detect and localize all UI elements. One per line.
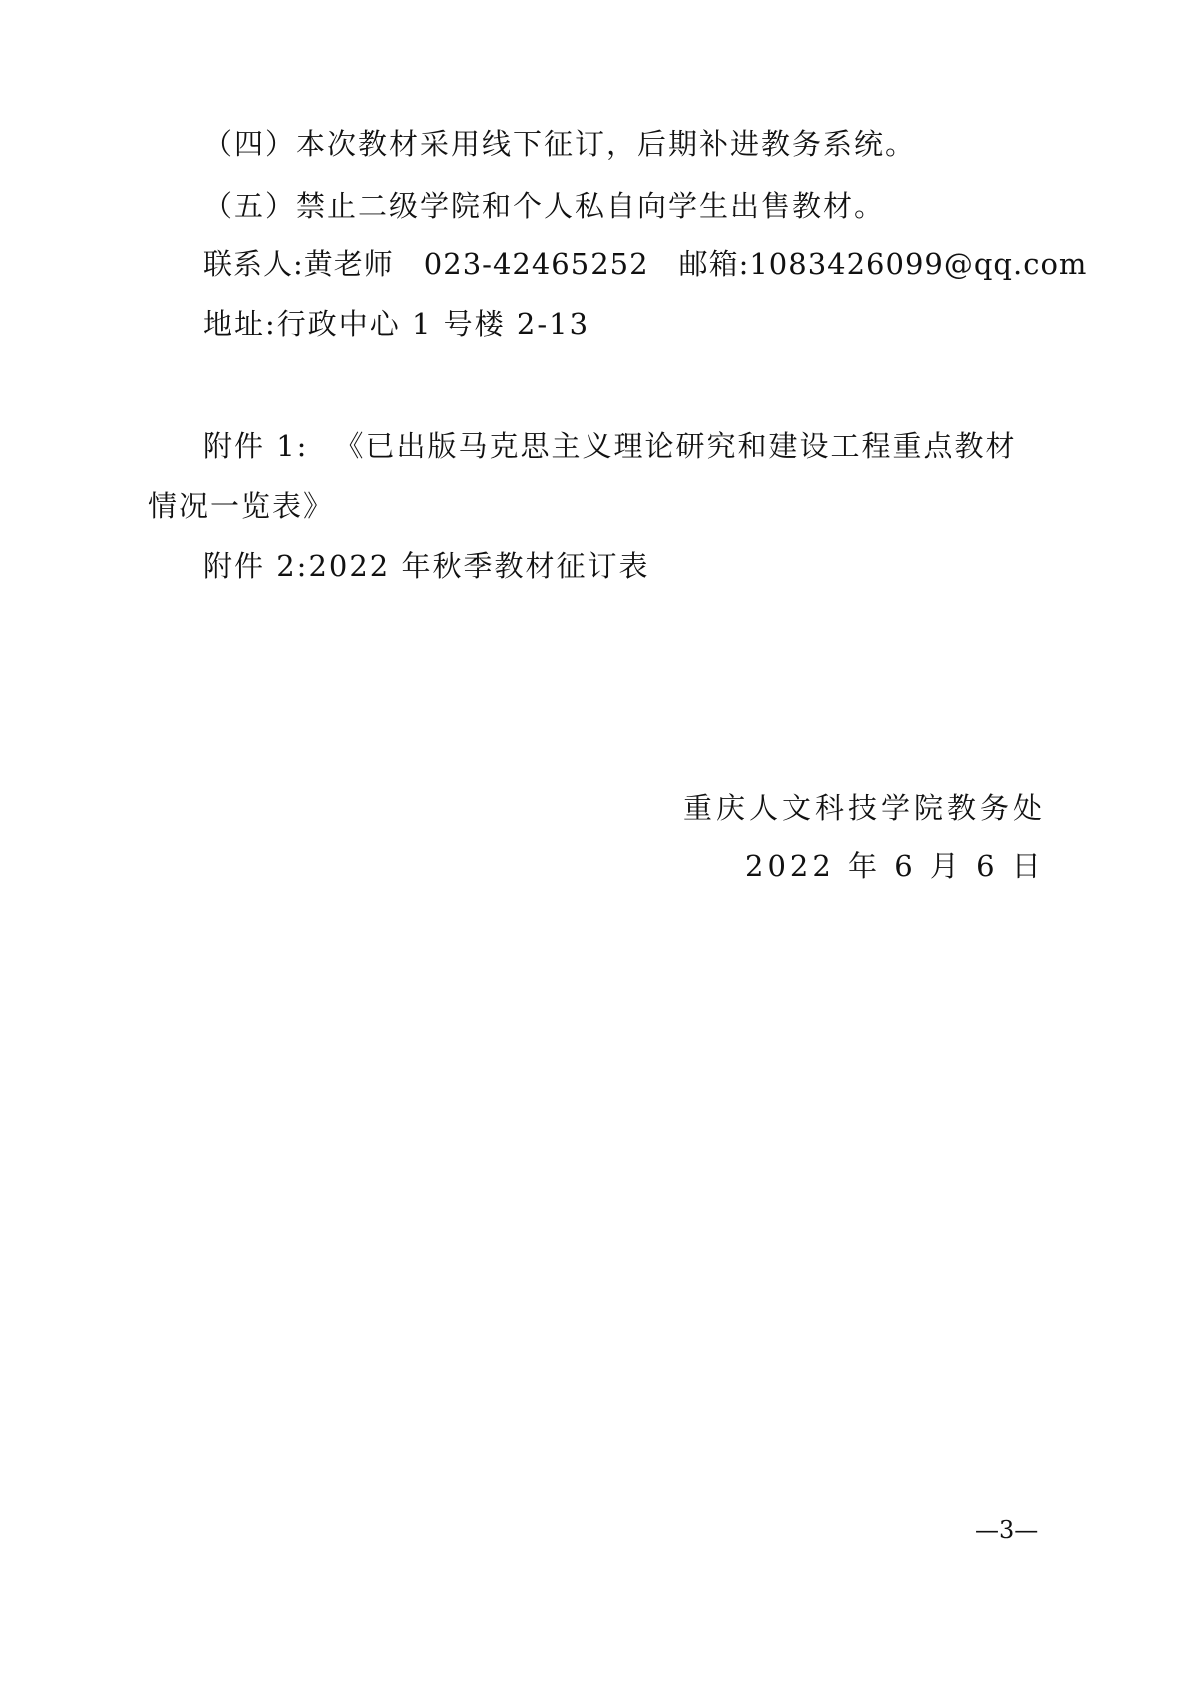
page-number: —3— [975, 1515, 1038, 1545]
contact-label: 联系人: [203, 247, 304, 281]
address-line: 地址:行政中心 1 号楼 2-13 [203, 306, 590, 342]
item-five: （五）禁止二级学院和个人私自向学生出售教材。 [203, 188, 885, 224]
contact-email: 1083426099@qq.com [749, 247, 1087, 281]
attachment-1-title-line2: 情况一览表》 [148, 489, 334, 523]
item-five-marker: （五） [203, 189, 296, 223]
attachment-1-line1: 附件 1:《已出版马克思主义理论研究和建设工程重点教材 [203, 428, 1016, 464]
address-value: 行政中心 1 号楼 2-13 [277, 307, 590, 341]
attachment-2-line: 附件 2:2022 年秋季教材征订表 [203, 548, 649, 584]
document-page: （四）本次教材采用线下征订，后期补进教务系统。 （五）禁止二级学院和个人私自向学… [0, 0, 1191, 1684]
issue-date: 2022 年 6 月 6 日 [745, 848, 1045, 884]
item-four-text: 本次教材采用线下征订，后期补进教务系统。 [296, 127, 916, 161]
contact-phone: 023-42465252 [424, 247, 649, 281]
item-four: （四）本次教材采用线下征订，后期补进教务系统。 [203, 126, 916, 162]
item-five-text: 禁止二级学院和个人私自向学生出售教材。 [296, 189, 885, 223]
contact-name: 黄老师 [304, 247, 394, 281]
attachment-2-label: 附件 2: [203, 549, 308, 583]
attachment-1-title-line1: 《已出版马克思主义理论研究和建设工程重点教材 [334, 429, 1016, 463]
address-label: 地址: [203, 307, 277, 341]
attachment-1-line2: 情况一览表》 [148, 488, 334, 524]
attachment-1-label: 附件 1: [203, 429, 308, 463]
issuer-signature: 重庆人文科技学院教务处 [683, 790, 1046, 826]
item-four-marker: （四） [203, 127, 296, 161]
contact-line: 联系人:黄老师023-42465252邮箱:1083426099@qq.com [203, 246, 1087, 282]
email-label: 邮箱: [679, 247, 750, 281]
attachment-2-title: 2022 年秋季教材征订表 [308, 549, 649, 583]
